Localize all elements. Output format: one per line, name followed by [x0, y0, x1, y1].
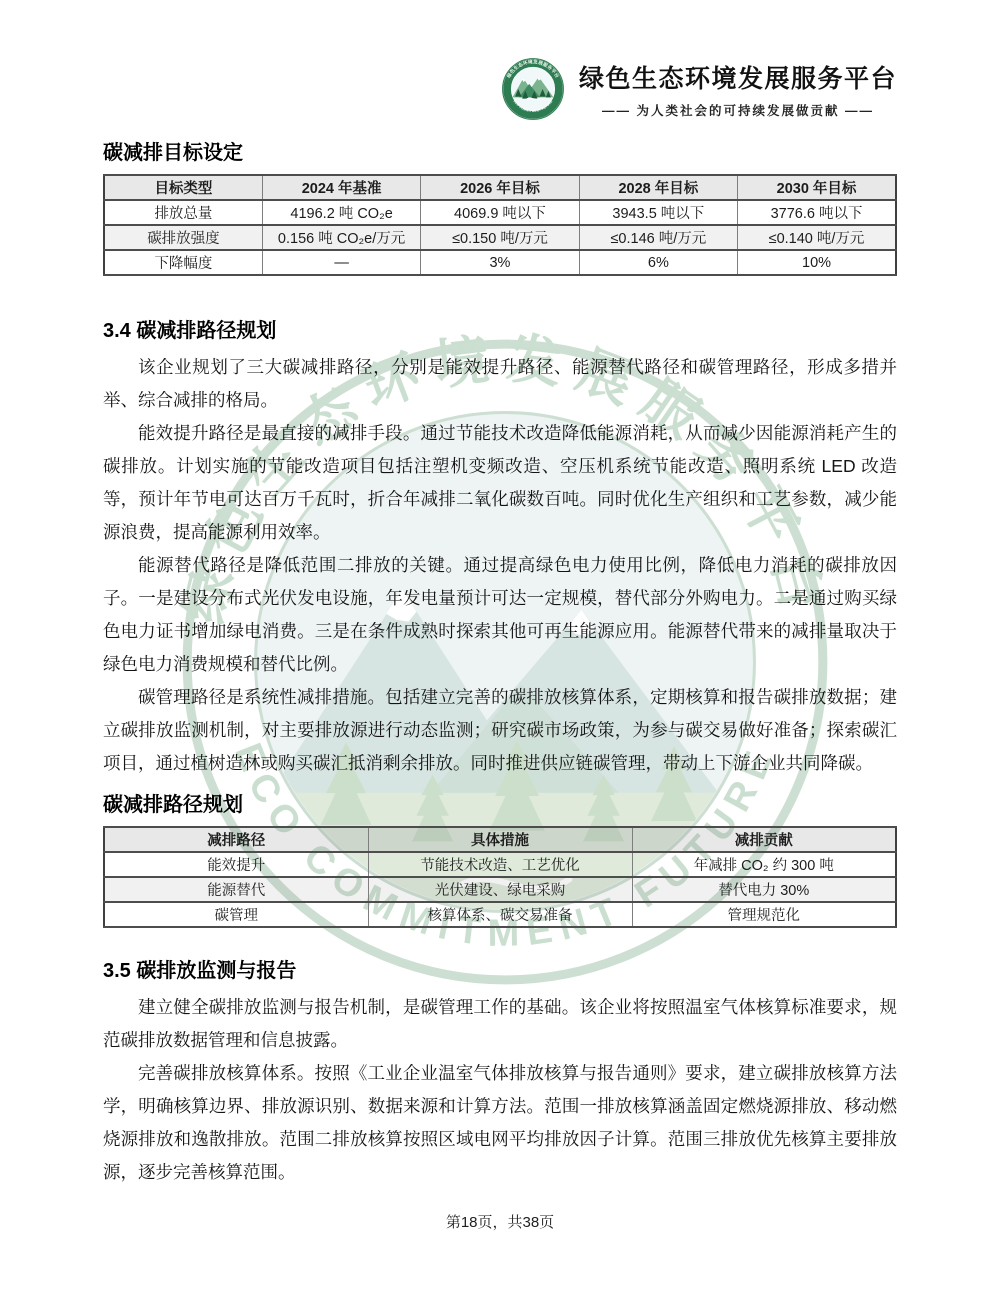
table-cell: 节能技术改造、工艺优化 — [368, 852, 632, 877]
table-row: 碳管理 核算体系、碳交易准备 管理规范化 — [104, 902, 896, 927]
paragraph: 碳管理路径是系统性减排措施。包括建立完善的碳排放核算体系，定期核算和报告碳排放数… — [103, 681, 897, 780]
table-cell: 4069.9 吨以下 — [421, 200, 579, 225]
paths-table-title: 碳减排路径规划 — [103, 788, 897, 817]
table-cell: 6% — [579, 250, 737, 275]
table-row: 下降幅度 — 3% 6% 10% — [104, 250, 896, 275]
table-row: 碳排放强度 0.156 吨 CO₂e/万元 ≤0.150 吨/万元 ≤0.146… — [104, 225, 896, 250]
targets-header-cell: 目标类型 — [104, 175, 262, 200]
paths-header-cell: 具体措施 — [368, 827, 632, 852]
table-cell: 下降幅度 — [104, 250, 262, 275]
brand-textblock: 绿色生态环境发展服务平台 —— 为人类社会的可持续发展做贡献 —— — [579, 59, 897, 119]
table-row: 能源替代 光伏建设、绿电采购 替代电力 30% — [104, 877, 896, 902]
brand-title: 绿色生态环境发展服务平台 — [579, 59, 897, 95]
table-cell: ≤0.140 吨/万元 — [738, 225, 896, 250]
table-cell: 3943.5 吨以下 — [579, 200, 737, 225]
table-cell: 年减排 CO₂ 约 300 吨 — [632, 852, 896, 877]
table-cell: 3776.6 吨以下 — [738, 200, 896, 225]
table-cell: 能效提升 — [104, 852, 368, 877]
section-heading-3-5: 3.5 碳排放监测与报告 — [103, 954, 897, 983]
paragraph: 能源替代路径是降低范围二排放的关键。通过提高绿色电力使用比例，降低电力消耗的碳排… — [103, 549, 897, 681]
section-heading-3-4: 3.4 碳减排路径规划 — [103, 314, 897, 343]
brand-header: 绿色生态环境发展服务平台 ECO COMMITMENT FUTURE 绿色生态环… — [103, 0, 897, 124]
table-cell: 替代电力 30% — [632, 877, 896, 902]
table-cell: 4196.2 吨 CO₂e — [262, 200, 420, 225]
table-row: 能效提升 节能技术改造、工艺优化 年减排 CO₂ 约 300 吨 — [104, 852, 896, 877]
table-cell: ≤0.146 吨/万元 — [579, 225, 737, 250]
table-cell: 排放总量 — [104, 200, 262, 225]
table-cell: — — [262, 250, 420, 275]
paragraph: 该企业规划了三大碳减排路径，分别是能效提升路径、能源替代路径和碳管理路径，形成多… — [103, 351, 897, 417]
document-page: 绿色生态环境发展服务平台 ECO COMMITMENT FUTURE — [0, 0, 1000, 1294]
targets-table-title: 碳减排目标设定 — [103, 136, 897, 165]
paths-table-header-row: 减排路径 具体措施 减排贡献 — [104, 827, 896, 852]
targets-table-header-row: 目标类型 2024 年基准 2026 年目标 2028 年目标 2030 年目标 — [104, 175, 896, 200]
paragraph: 建立健全碳排放监测与报告机制，是碳管理工作的基础。该企业将按照温室气体核算标准要… — [103, 991, 897, 1057]
paths-header-cell: 减排贡献 — [632, 827, 896, 852]
page-footer: 第18页，共38页 — [0, 1211, 1000, 1232]
brand-tagline: —— 为人类社会的可持续发展做贡献 —— — [579, 101, 897, 119]
table-cell: 管理规范化 — [632, 902, 896, 927]
platform-logo-icon: 绿色生态环境发展服务平台 ECO COMMITMENT FUTURE — [501, 57, 565, 121]
table-cell: 10% — [738, 250, 896, 275]
page-number: 第18页，共38页 — [446, 1214, 554, 1231]
table-cell: ≤0.150 吨/万元 — [421, 225, 579, 250]
targets-header-cell: 2028 年目标 — [579, 175, 737, 200]
table-cell: 碳管理 — [104, 902, 368, 927]
table-cell: 光伏建设、绿电采购 — [368, 877, 632, 902]
paths-header-cell: 减排路径 — [104, 827, 368, 852]
table-cell: 0.156 吨 CO₂e/万元 — [262, 225, 420, 250]
table-cell: 能源替代 — [104, 877, 368, 902]
paths-table: 减排路径 具体措施 减排贡献 能效提升 节能技术改造、工艺优化 年减排 CO₂ … — [103, 826, 897, 928]
targets-header-cell: 2024 年基准 — [262, 175, 420, 200]
targets-header-cell: 2030 年目标 — [738, 175, 896, 200]
table-cell: 核算体系、碳交易准备 — [368, 902, 632, 927]
table-cell: 碳排放强度 — [104, 225, 262, 250]
targets-header-cell: 2026 年目标 — [421, 175, 579, 200]
document-content: 绿色生态环境发展服务平台 ECO COMMITMENT FUTURE 绿色生态环… — [0, 0, 1000, 1189]
targets-table: 目标类型 2024 年基准 2026 年目标 2028 年目标 2030 年目标… — [103, 174, 897, 276]
table-cell: 3% — [421, 250, 579, 275]
paragraph: 完善碳排放核算体系。按照《工业企业温室气体排放核算与报告通则》要求，建立碳排放核… — [103, 1057, 897, 1189]
table-row: 排放总量 4196.2 吨 CO₂e 4069.9 吨以下 3943.5 吨以下… — [104, 200, 896, 225]
paragraph: 能效提升路径是最直接的减排手段。通过节能技术改造降低能源消耗，从而减少因能源消耗… — [103, 417, 897, 549]
